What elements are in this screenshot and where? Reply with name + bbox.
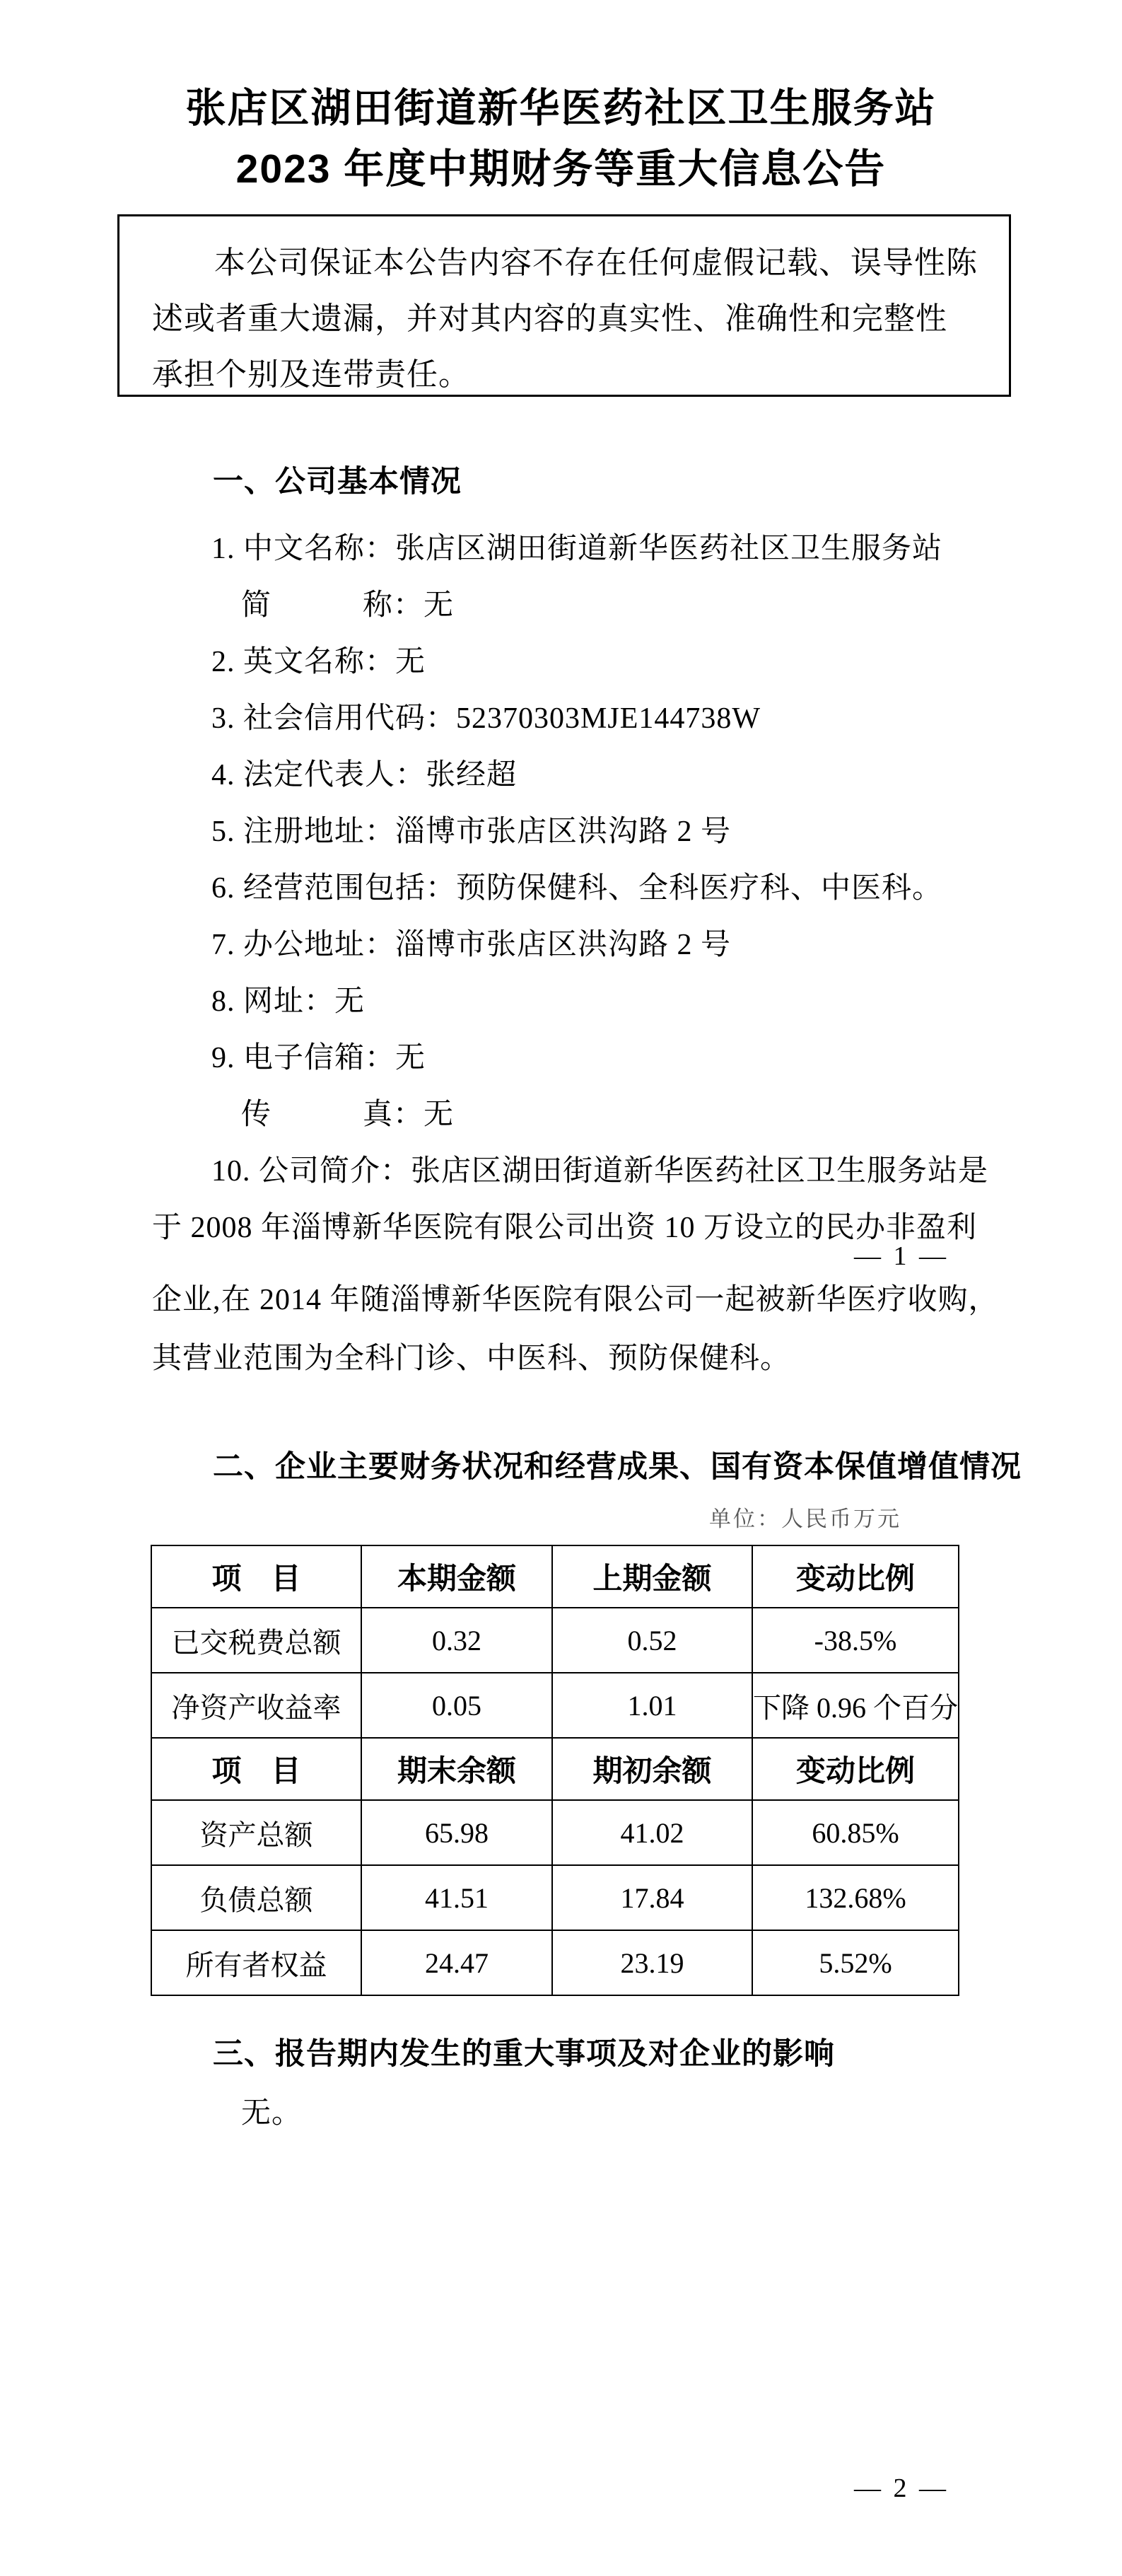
- list-item-email: 9. 电子信箱：无: [152, 1040, 970, 1077]
- disclaimer-text: 本公司保证本公告内容不存在任何虚假记载、误导性陈述或者重大遗漏，并对其内容的真实…: [119, 216, 1009, 402]
- list-item-office-address: 7. 办公地址：淄博市张店区洪沟路 2 号: [152, 927, 970, 963]
- table-cell: 5.52%: [752, 1930, 959, 1995]
- list-item-profile-line4: 其营业范围为全科门诊、中医科、预防保健科。: [152, 1340, 970, 1377]
- table-cell: 24.47: [361, 1930, 552, 1995]
- page-title-line1: 张店区湖田街道新华医药社区卫生服务站: [0, 85, 1122, 132]
- table-header-cell: 项 目: [151, 1738, 361, 1800]
- table-row-taxes: 已交税费总额 0.32 0.52 -38.5%: [151, 1608, 959, 1673]
- table-row-liabilities: 负债总额 41.51 17.84 132.68%: [151, 1865, 959, 1930]
- page-title-line2: 2023 年度中期财务等重大信息公告: [0, 146, 1122, 192]
- table-row-roe: 净资产收益率 0.05 1.01 下降 0.96 个百分点: [151, 1673, 959, 1738]
- table-cell: 0.05: [361, 1673, 552, 1738]
- table-header-cell: 期末余额: [361, 1738, 552, 1800]
- financial-table: 项 目 本期金额 上期金额 变动比例 已交税费总额 0.32 0.52 -38.…: [151, 1545, 959, 1996]
- table-header-cell: 项 目: [151, 1545, 361, 1608]
- table-row-assets: 资产总额 65.98 41.02 60.85%: [151, 1800, 959, 1865]
- disclaimer-box: 本公司保证本公告内容不存在任何虚假记载、误导性陈述或者重大遗漏，并对其内容的真实…: [117, 214, 1011, 397]
- table-cell: 0.52: [552, 1608, 752, 1673]
- table-cell: 资产总额: [151, 1800, 361, 1865]
- table-header-cell: 变动比例: [752, 1545, 959, 1608]
- list-item-chinese-name: 1. 中文名称：张店区湖田街道新华医药社区卫生服务站: [152, 530, 970, 567]
- table-cell: 60.85%: [752, 1800, 959, 1865]
- list-item-legal-rep: 4. 法定代表人：张经超: [152, 757, 970, 794]
- table-cell: 17.84: [552, 1865, 752, 1930]
- table-unit-label: 单位：人民币万元: [709, 1501, 901, 1533]
- page-number-1: — 1 —: [854, 1241, 949, 1272]
- table-header-cell: 期初余额: [552, 1738, 752, 1800]
- table-cell: 23.19: [552, 1930, 752, 1995]
- section1-heading: 一、公司基本情况: [152, 463, 970, 500]
- list-item-profile-line2: 于 2008 年淄博新华医院有限公司出资 10 万设立的民办非盈利: [152, 1209, 970, 1246]
- table-row-equity: 所有者权益 24.47 23.19 5.52%: [151, 1930, 959, 1995]
- list-item-business-scope: 6. 经营范围包括：预防保健科、全科医疗科、中医科。: [152, 870, 970, 907]
- table-cell: 132.68%: [752, 1865, 959, 1930]
- list-item-credit-code: 3. 社会信用代码：52370303MJE144738W: [152, 700, 970, 737]
- list-item-fax: 传 真：无: [152, 1096, 970, 1133]
- list-item-reg-address: 5. 注册地址：淄博市张店区洪沟路 2 号: [152, 813, 970, 850]
- table-cell: 1.01: [552, 1673, 752, 1738]
- list-item-short-name: 简 称：无: [152, 587, 970, 624]
- list-item-profile-line3: 企业,在 2014 年随淄博新华医院有限公司一起被新华医疗收购，: [152, 1282, 970, 1318]
- list-item-website: 8. 网址：无: [152, 983, 970, 1020]
- section3-heading: 三、报告期内发生的重大事项及对企业的影响: [152, 2036, 970, 2072]
- section2-heading: 二、企业主要财务状况和经营成果、国有资本保值增值情况: [152, 1449, 970, 1485]
- table-cell: 所有者权益: [151, 1930, 361, 1995]
- section3-content: 无。: [152, 2095, 970, 2132]
- table-cell: 下降 0.96 个百分点: [752, 1673, 959, 1738]
- table-cell: -38.5%: [752, 1608, 959, 1673]
- table-header-cell: 上期金额: [552, 1545, 752, 1608]
- table-cell: 负债总额: [151, 1865, 361, 1930]
- table-cell: 净资产收益率: [151, 1673, 361, 1738]
- table-cell: 41.51: [361, 1865, 552, 1930]
- table-cell: 已交税费总额: [151, 1608, 361, 1673]
- table-header-row-1: 项 目 本期金额 上期金额 变动比例: [151, 1545, 959, 1608]
- list-item-profile-line1: 10. 公司简介：张店区湖田街道新华医药社区卫生服务站是: [152, 1153, 970, 1190]
- document-page: 张店区湖田街道新华医药社区卫生服务站 2023 年度中期财务等重大信息公告 本公…: [0, 0, 1122, 2576]
- page-number-2: — 2 —: [854, 2473, 949, 2504]
- table-cell: 41.02: [552, 1800, 752, 1865]
- table-cell: 65.98: [361, 1800, 552, 1865]
- table-header-cell: 变动比例: [752, 1738, 959, 1800]
- table-header-cell: 本期金额: [361, 1545, 552, 1608]
- table-header-row-2: 项 目 期末余额 期初余额 变动比例: [151, 1738, 959, 1800]
- list-item-english-name: 2. 英文名称：无: [152, 644, 970, 680]
- table-cell: 0.32: [361, 1608, 552, 1673]
